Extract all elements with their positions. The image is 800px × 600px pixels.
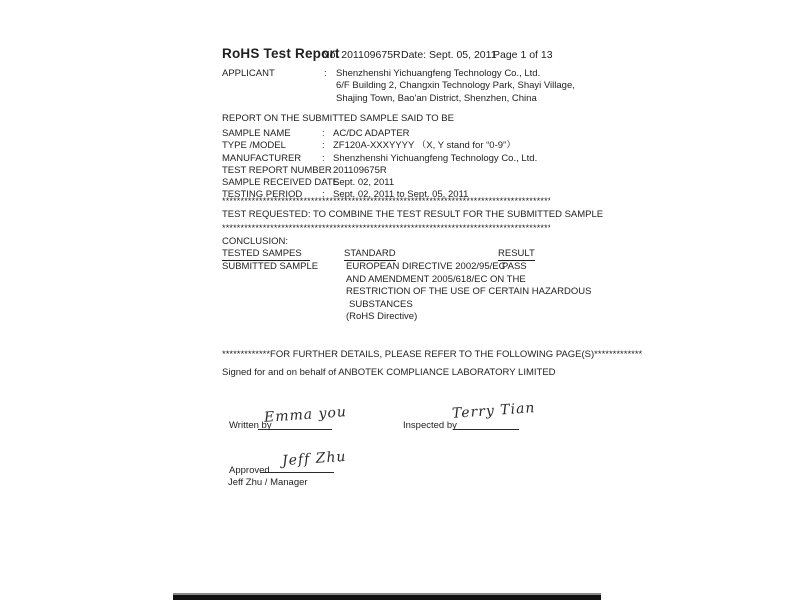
document-page: RoHS Test Report No. 201109675R Date: Se… bbox=[0, 0, 800, 600]
standard-line: SUBSTANCES bbox=[346, 299, 591, 312]
field-label: SAMPLE NAME bbox=[222, 128, 322, 140]
approved-signature: Jeff Zhu bbox=[282, 449, 347, 469]
standard-line: (RoHS Directive) bbox=[346, 311, 591, 324]
standard-cell: EUROPEAN DIRECTIVE 2002/95/EC AND AMENDM… bbox=[346, 261, 591, 324]
applicant-colon: : bbox=[324, 68, 327, 79]
field-label: TYPE /MODEL bbox=[222, 140, 322, 152]
field-value: Shenzhenshi Yichuangfeng Technology Co.,… bbox=[333, 153, 537, 164]
signed-for-statement: Signed for and on behalf of ANBOTEK COMP… bbox=[222, 367, 556, 378]
field-value: 201109675R bbox=[333, 165, 387, 176]
applicant-line: Shajing Town, Bao'an District, Shenzhen,… bbox=[336, 93, 575, 105]
column-header-result: RESULT bbox=[498, 248, 535, 261]
sample-info-table: SAMPLE NAME:AC/DC ADAPTER TYPE /MODEL:ZF… bbox=[222, 128, 537, 202]
field-label: MANUFACTURER bbox=[222, 153, 322, 165]
column-header-standard: STANDARD bbox=[344, 248, 396, 261]
sample-info-row: TYPE /MODEL:ZF120A-XXXYYYY （X, Y stand f… bbox=[222, 140, 537, 152]
approver-name-title: Jeff Zhu / Manager bbox=[228, 477, 308, 488]
field-value: Sept. 02, 2011 bbox=[333, 177, 394, 188]
applicant-line: Shenzhenshi Yichuangfeng Technology Co.,… bbox=[336, 68, 575, 80]
inspected-by-label: Inspected by bbox=[403, 420, 457, 431]
field-value: ZF120A-XXXYYYY （X, Y stand for “0-9”） bbox=[333, 140, 516, 151]
asterisk-divider: ****************************************… bbox=[222, 196, 550, 206]
sample-info-row: SAMPLE NAME:AC/DC ADAPTER bbox=[222, 128, 537, 140]
asterisk-divider: ****************************************… bbox=[222, 223, 550, 233]
written-by-signature: Emma you bbox=[264, 404, 348, 426]
tested-sample-cell: SUBMITTED SAMPLE bbox=[222, 261, 318, 272]
inspected-by-signature: Terry Tian bbox=[452, 400, 536, 422]
field-colon: : bbox=[322, 140, 333, 152]
standard-line: EUROPEAN DIRECTIVE 2002/95/EC bbox=[346, 261, 591, 274]
applicant-label: APPLICANT bbox=[222, 68, 275, 79]
sample-info-row: TEST REPORT NUMBER:201109675R bbox=[222, 165, 537, 177]
test-requested-statement: TEST REQUESTED: TO COMBINE THE TEST RESU… bbox=[222, 209, 603, 220]
field-colon: : bbox=[322, 177, 333, 189]
conclusion-label: CONCLUSION: bbox=[222, 236, 288, 247]
applicant-line: 6/F Building 2, Changxin Technology Park… bbox=[336, 80, 575, 92]
field-label: TEST REPORT NUMBER bbox=[222, 165, 322, 177]
further-details-note: *************FOR FURTHER DETAILS, PLEASE… bbox=[222, 349, 642, 360]
report-date: Date: Sept. 05, 2011 bbox=[401, 49, 497, 61]
standard-line: AND AMENDMENT 2005/618/EC ON THE bbox=[346, 274, 591, 287]
sample-info-row: MANUFACTURER:Shenzhenshi Yichuangfeng Te… bbox=[222, 153, 537, 165]
sample-info-row: SAMPLE RECEIVED DATE:Sept. 02, 2011 bbox=[222, 177, 537, 189]
field-label: SAMPLE RECEIVED DATE bbox=[222, 177, 322, 189]
applicant-address: Shenzhenshi Yichuangfeng Technology Co.,… bbox=[336, 68, 575, 105]
report-on-statement: REPORT ON THE SUBMITTED SAMPLE SAID TO B… bbox=[222, 113, 454, 124]
field-value: AC/DC ADAPTER bbox=[333, 128, 410, 139]
page-indicator: Page 1 of 13 bbox=[493, 49, 553, 61]
report-number: No. 201109675R bbox=[322, 49, 401, 61]
standard-line: RESTRICTION OF THE USE OF CERTAIN HAZARD… bbox=[346, 286, 591, 299]
field-colon: : bbox=[322, 153, 333, 165]
column-header-tested-samples: TESTED SAMPES bbox=[222, 248, 310, 261]
field-colon: : bbox=[322, 165, 333, 177]
field-colon: : bbox=[322, 128, 333, 140]
page-bottom-scan-bar bbox=[173, 593, 601, 600]
result-cell: PASS bbox=[502, 261, 527, 272]
